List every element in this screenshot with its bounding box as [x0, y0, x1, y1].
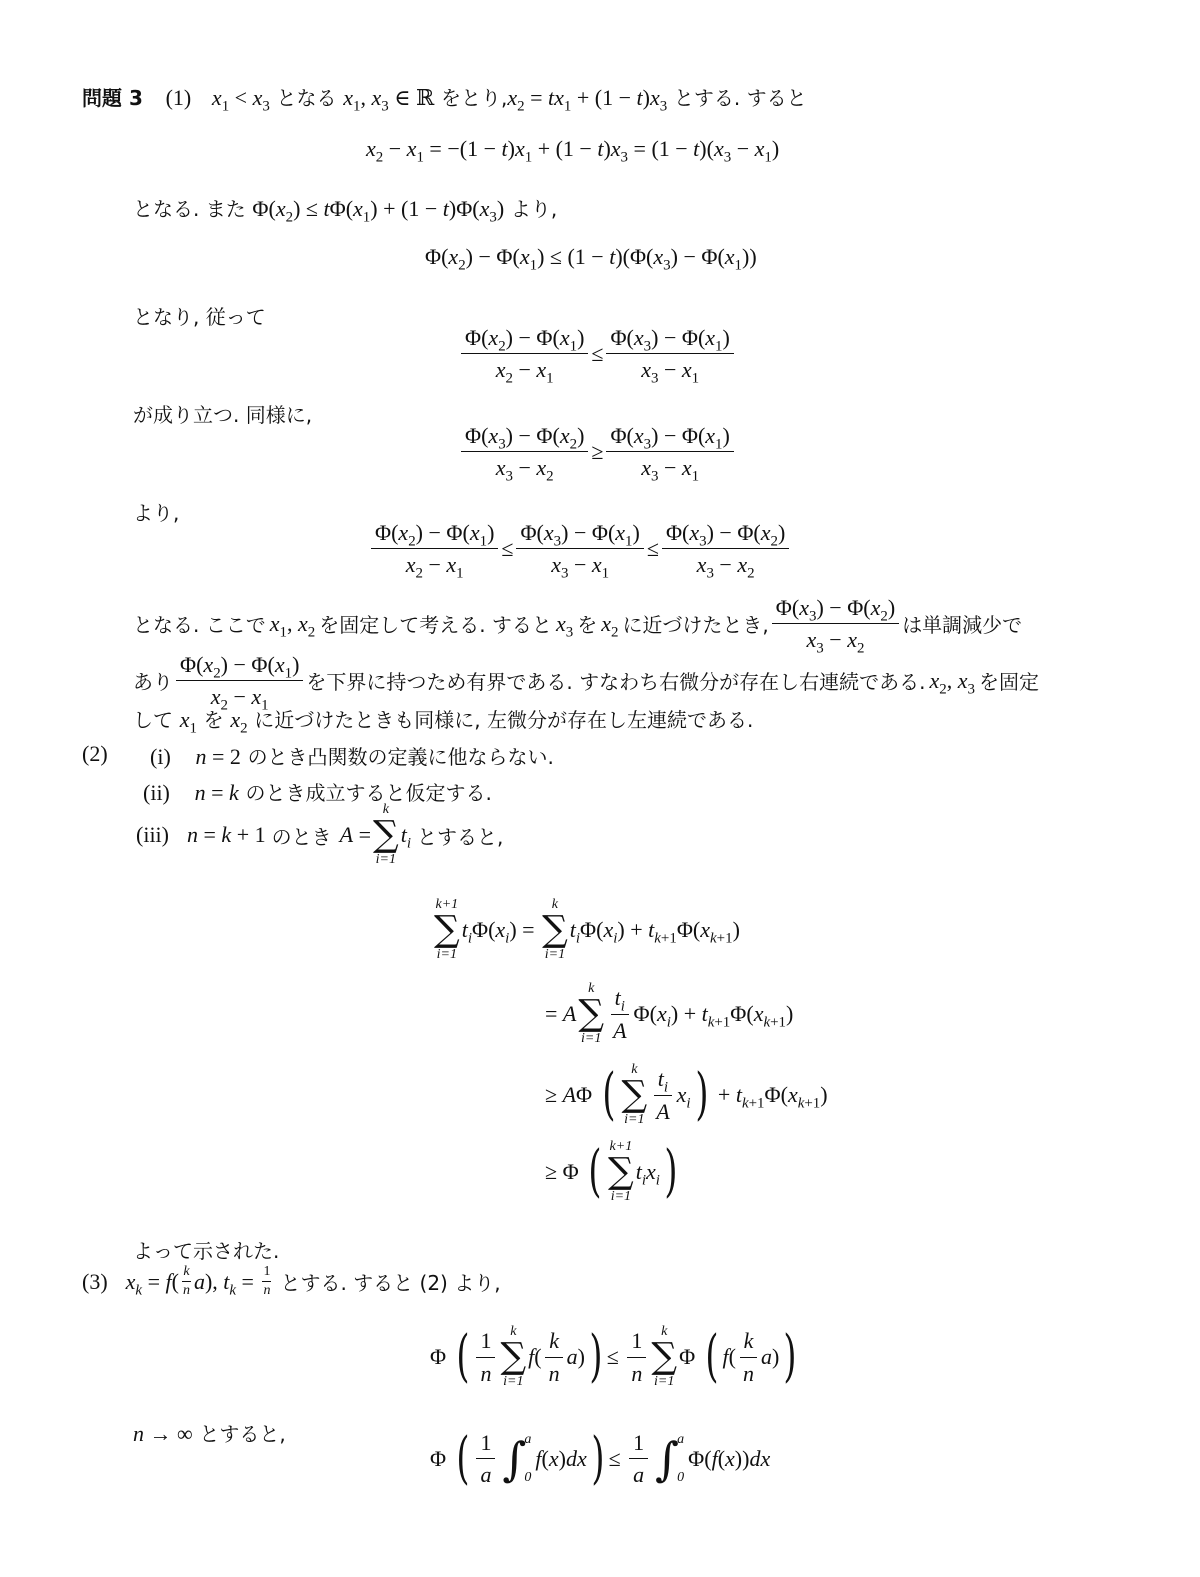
equation-4: Φ(x3) − Φ(x2)x3 − x2 ≥ Φ(x3) − Φ(x1)x3 −… — [458, 423, 737, 481]
text: を固定して考える. すると — [319, 609, 552, 638]
part2-item-i: (i) n = 2 のとき凸関数の定義に他ならない. — [150, 741, 554, 770]
paragraph-line-3: して x1 を x2 に近づけたときも同様に, 左微分が存在し左連続である. — [133, 704, 753, 733]
item-label: (ii) — [143, 780, 170, 805]
part3-equation-2: Φ ( 1a ∫a0 f(x)dx ) ≤ 1a ∫a0 Φ(f(x))dx — [430, 1430, 770, 1488]
text: に近づけたとき, — [622, 609, 768, 638]
derivation-line-3: ≥ AΦ ( k∑i=1 tiA xi ) + tk+1Φ(xk+1) — [545, 1063, 828, 1127]
item-label: (i) — [150, 744, 171, 769]
text: は単調減少で — [902, 609, 1022, 638]
text: に近づけたときも同様に, 左微分が存在し左連続である. — [254, 708, 753, 732]
text: のとき成立すると仮定する. — [245, 781, 491, 805]
equation-5: Φ(x2) − Φ(x1)x2 − x1 ≤ Φ(x3) − Φ(x1)x3 −… — [368, 520, 792, 578]
text: のとき凸関数の定義に他ならない. — [248, 745, 554, 769]
text: を — [577, 609, 597, 638]
text-line-2: となる. また Φ(x2) ≤ tΦ(x1) + (1 − t)Φ(x3) より… — [133, 193, 557, 222]
text-line-3: となり, 従って — [133, 301, 266, 330]
text: とする. すると — [674, 86, 807, 110]
math-inline: x2 = tx1 + (1 − t)x3 — [507, 85, 667, 110]
text: をとり, — [441, 86, 507, 110]
part2-label: (2) — [82, 741, 108, 767]
derivation-line-2: = A k∑i=1 tiA Φ(xi) + tk+1Φ(xk+1) — [545, 982, 793, 1046]
text: となる. また — [133, 197, 246, 221]
paragraph-line-2: あり Φ(x2) − Φ(x1)x2 − x1 を下界に持つため有界である. す… — [133, 652, 1039, 710]
text: のとき — [272, 821, 332, 850]
math-inline: x1 < x3 — [212, 85, 270, 110]
text: して — [133, 708, 173, 732]
part3-equation-1: Φ ( 1n k∑i=1 f( kn a) ) ≤ 1n k∑i=1 Φ ( f… — [430, 1325, 801, 1389]
text: あり — [133, 666, 173, 695]
item-label: (iii) — [136, 822, 169, 848]
part1-label: (1) — [166, 85, 192, 110]
text: を固定 — [979, 666, 1039, 695]
part2-conclusion: よって示された. — [133, 1235, 279, 1264]
equation-3: Φ(x2) − Φ(x1)x2 − x1 ≤ Φ(x3) − Φ(x1)x3 −… — [458, 325, 737, 383]
text: より, — [511, 197, 557, 221]
part3-limit-line: n → ∞ とすると, — [133, 1418, 286, 1447]
derivation-line-1: k+1∑i=1 tiΦ(xi) = k∑i=1 tiΦ(xi) + tk+1Φ(… — [432, 898, 740, 962]
equation-2: Φ(x2) − Φ(x1) ≤ (1 − t)(Φ(x3) − Φ(x1)) — [425, 244, 757, 270]
text: を下界に持つため有界である. すなわち右微分が存在し右連続である. — [306, 666, 925, 695]
equation-1: x2 − x1 = −(1 − t)x1 + (1 − t)x3 = (1 − … — [366, 136, 779, 162]
text: とする. すると (2) より, — [280, 1267, 500, 1296]
text-line-5: より, — [133, 497, 179, 526]
part2-item-ii: (ii) n = k のとき成立すると仮定する. — [143, 777, 492, 806]
part2-item-iii: (iii) n = k + 1 のとき A = k∑i=1 ti とすると, — [136, 803, 503, 867]
text: を — [204, 708, 224, 732]
text: となる. ここで — [133, 609, 266, 638]
problem-header-line: 問題 3 (1) x1 < x3 となる x1, x3 ∈ ℝ をとり,x2 =… — [82, 82, 807, 111]
math-inline: x1, x3 ∈ ℝ — [343, 85, 434, 110]
text-line-4: が成り立つ. 同様に, — [133, 399, 312, 428]
text: とすると, — [417, 821, 503, 850]
part3-line: (3) xk = f( kn a), tk = 1n とする. すると (2) … — [82, 1264, 501, 1299]
problem-title: 問題 3 — [82, 86, 143, 110]
text: となる — [277, 86, 337, 110]
part3-label: (3) — [82, 1269, 108, 1295]
math-inline: Φ(x2) ≤ tΦ(x1) + (1 − t)Φ(x3) — [252, 196, 504, 221]
derivation-line-4: ≥ Φ ( k+1∑i=1 tixi ) — [545, 1140, 682, 1204]
text: とすると, — [199, 1422, 285, 1446]
paragraph-line-1: となる. ここで x1, x2 を固定して考える. すると x3 を x2 に近… — [133, 595, 1022, 653]
